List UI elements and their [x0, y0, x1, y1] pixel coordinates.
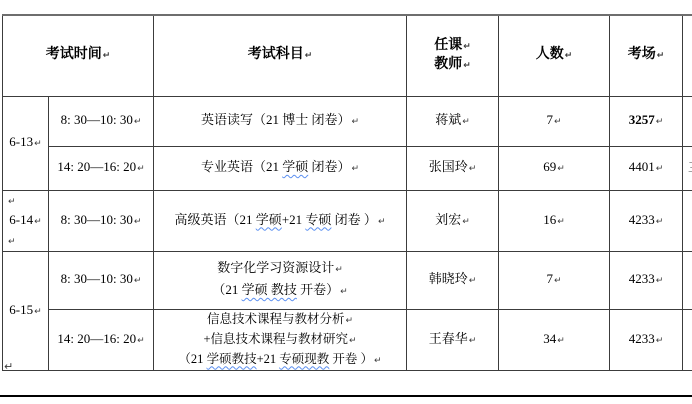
header-exam-time-label: 考试时间: [46, 47, 102, 62]
subject-text: 信息技术课程与教材分析: [207, 312, 345, 326]
pilcrow-mark: ↵: [374, 356, 382, 366]
subject-text: 闭卷 ）: [331, 212, 377, 227]
cell-count-r3[interactable]: 16↵: [499, 190, 610, 251]
pilcrow-mark: ↵: [305, 51, 313, 61]
pilcrow-mark: ↵: [557, 217, 565, 227]
document-page: 考试时间↵ 考试科目↵ 任课↵ 教师↵ 人数↵ 考场↵ 6-13↵ 8:: [0, 0, 692, 404]
cell-room-r1[interactable]: 3257↵: [610, 96, 683, 146]
pilcrow-mark: ↵: [469, 336, 477, 346]
cell-count-r4[interactable]: 7↵: [499, 251, 610, 309]
header-exam-time[interactable]: 考试时间↵: [3, 15, 154, 96]
cell-extra-r1[interactable]: [683, 96, 692, 146]
pilcrow-mark: ↵: [656, 164, 664, 174]
pilcrow-mark: ↵: [657, 51, 665, 61]
pilcrow-mark: ↵: [8, 197, 16, 207]
subject-text-wavy: 专硕现教: [279, 352, 329, 366]
pilcrow-mark: ↵: [469, 276, 477, 286]
room-value: 4233: [629, 271, 655, 286]
time-value: 14: 20—16: 20: [57, 331, 136, 346]
subject-text: 闭卷）: [308, 159, 350, 174]
pilcrow-mark: ↵: [463, 61, 471, 71]
pilcrow-mark: ↵: [34, 217, 42, 227]
cell-subject-r5[interactable]: 信息技术课程与教材分析↵ +信息技术课程与教材研究↵ （21 学硕教技+21 专…: [154, 309, 407, 370]
cell-subject-r2[interactable]: 专业英语（21 学硕 闭卷）↵: [154, 146, 407, 190]
count-value: 7: [546, 112, 553, 127]
pilcrow-mark: ↵: [335, 265, 343, 275]
table-row: 14: 20—16: 20↵ 信息技术课程与教材分析↵ +信息技术课程与教材研究…: [3, 309, 692, 370]
time-value: 8: 30—10: 30: [61, 212, 133, 227]
cell-date-6-13[interactable]: 6-13↵: [3, 96, 49, 190]
pilcrow-mark: ↵: [34, 307, 42, 317]
time-value: 8: 30—10: 30: [61, 271, 133, 286]
pilcrow-mark: ↵: [656, 276, 664, 286]
subject-text-wavy: 学硕 教技: [242, 282, 297, 297]
teacher-name: 刘宏: [435, 212, 461, 227]
header-exam-subject-label: 考试科目: [248, 47, 304, 62]
pilcrow-mark: ↵: [557, 164, 565, 174]
subject-text-wavy: 学硕教技: [207, 352, 257, 366]
cell-time-r3[interactable]: 8: 30—10: 30↵: [49, 190, 154, 251]
pilcrow-mark: ↵: [469, 164, 477, 174]
pilcrow-mark: ↵: [34, 139, 42, 149]
count-value: 34: [543, 331, 556, 346]
pilcrow-mark: ↵: [378, 217, 386, 227]
room-value: 4233: [629, 331, 655, 346]
cell-date-6-15[interactable]: 6-15↵: [3, 251, 49, 370]
subject-text: （21: [178, 352, 206, 366]
count-value: 7: [546, 271, 553, 286]
count-value: 16: [543, 212, 556, 227]
cell-teacher-r3[interactable]: 刘宏↵: [407, 190, 499, 251]
cell-extra-r3[interactable]: [683, 190, 692, 251]
time-value: 14: 20—16: 20: [57, 159, 136, 174]
pilcrow-mark: ↵: [463, 42, 471, 52]
pilcrow-mark: ↵: [137, 336, 145, 346]
pilcrow-mark: ↵: [565, 51, 573, 61]
subject-text: 开卷）: [297, 282, 339, 297]
pilcrow-mark: ↵: [340, 287, 348, 297]
exam-schedule-table: 考试时间↵ 考试科目↵ 任课↵ 教师↵ 人数↵ 考场↵ 6-13↵ 8:: [2, 14, 692, 371]
cell-time-r2[interactable]: 14: 20—16: 20↵: [49, 146, 154, 190]
subject-text-wavy: 专硕: [305, 212, 331, 227]
header-exam-subject[interactable]: 考试科目↵: [154, 15, 407, 96]
header-room[interactable]: 考场↵: [610, 15, 683, 96]
pilcrow-mark: ↵: [134, 276, 142, 286]
subject-text: 数字化学习资源设计: [217, 260, 334, 275]
pilcrow-mark: ↵: [656, 336, 664, 346]
pilcrow-mark: ↵: [103, 51, 111, 61]
teacher-name: 韩晓玲: [429, 271, 468, 286]
pilcrow-mark: ↵: [137, 164, 145, 174]
teacher-name: 张国玲: [429, 159, 468, 174]
cell-room-r4[interactable]: 4233↵: [610, 251, 683, 309]
pilcrow-mark: ↵: [349, 336, 357, 346]
page-bottom-rule: [0, 395, 692, 397]
cell-room-r2[interactable]: 4401↵: [610, 146, 683, 190]
cell-count-r5[interactable]: 34↵: [499, 309, 610, 370]
date-value: 6-15: [9, 302, 33, 317]
subject-text: 英语读写（21 博士 闭卷）: [201, 112, 351, 127]
pilcrow-mark: ↵: [134, 217, 142, 227]
header-room-label: 考场: [628, 47, 656, 62]
header-teacher-line1: 任课: [434, 38, 462, 53]
cell-subject-r3[interactable]: 高级英语（21 学硕+21 专硕 闭卷 ）↵: [154, 190, 407, 251]
table-row: 6-15↵ 8: 30—10: 30↵ 数字化学习资源设计↵ （21 学硕 教技…: [3, 251, 692, 309]
table-row: ↵ 6-14↵ ↵ 8: 30—10: 30↵ 高级英语（21 学硕+21 专硕…: [3, 190, 692, 251]
cell-subject-r4[interactable]: 数字化学习资源设计↵ （21 学硕 教技 开卷）↵: [154, 251, 407, 309]
pilcrow-mark: ↵: [352, 117, 360, 127]
cell-extra-r4[interactable]: [683, 251, 692, 309]
cell-extra-r5[interactable]: [683, 309, 692, 370]
date-value: 6-13: [9, 134, 33, 149]
cell-teacher-r1[interactable]: 蒋斌↵: [407, 96, 499, 146]
subject-text: 高级英语（21: [175, 212, 256, 227]
pilcrow-mark: ↵: [656, 217, 664, 227]
clipped-text-fragment: 三: [688, 160, 692, 175]
subject-text: +信息技术课程与教材研究: [203, 332, 348, 346]
table-row: 14: 20—16: 20↵ 专业英语（21 学硕 闭卷）↵ 张国玲↵ 69↵ …: [3, 146, 692, 190]
room-value: 4233: [629, 212, 655, 227]
cell-subject-r1[interactable]: 英语读写（21 博士 闭卷）↵: [154, 96, 407, 146]
time-value: 8: 30—10: 30: [61, 112, 133, 127]
subject-text: 专业英语（21: [201, 159, 282, 174]
cell-time-r1[interactable]: 8: 30—10: 30↵: [49, 96, 154, 146]
pilcrow-mark: ↵: [8, 237, 16, 247]
cell-count-r1[interactable]: 7↵: [499, 96, 610, 146]
cell-time-r5[interactable]: 14: 20—16: 20↵: [49, 309, 154, 370]
cell-teacher-r2[interactable]: 张国玲↵: [407, 146, 499, 190]
subject-text: 开卷 ）: [329, 352, 373, 366]
pilcrow-mark: ↵: [462, 117, 470, 127]
cell-date-6-14[interactable]: ↵ 6-14↵ ↵: [3, 190, 49, 251]
header-teacher[interactable]: 任课↵ 教师↵: [407, 15, 499, 96]
pilcrow-mark: ↵: [557, 336, 565, 346]
pilcrow-mark: ↵: [656, 117, 664, 127]
cell-time-r4[interactable]: 8: 30—10: 30↵: [49, 251, 154, 309]
header-count[interactable]: 人数↵: [499, 15, 610, 96]
subject-text: +21: [257, 352, 280, 366]
pilcrow-mark: ↵: [352, 164, 360, 174]
room-value: 3257: [629, 112, 655, 127]
subject-text-wavy: 学硕: [282, 159, 308, 174]
header-teacher-line2: 教师: [434, 57, 462, 72]
table-row: 6-13↵ 8: 30—10: 30↵ 英语读写（21 博士 闭卷）↵ 蒋斌↵ …: [3, 96, 692, 146]
header-count-label: 人数: [536, 47, 564, 62]
teacher-name: 蒋斌: [435, 112, 461, 127]
pilcrow-mark: ↵: [346, 316, 354, 326]
subject-text: +21: [282, 212, 306, 227]
subject-text: （21: [212, 282, 241, 297]
pilcrow-mark: ↵: [554, 276, 562, 286]
header-extra-column[interactable]: [683, 15, 692, 96]
paragraph-mark: ↵: [4, 360, 13, 373]
cell-room-r5[interactable]: 4233↵: [610, 309, 683, 370]
header-row: 考试时间↵ 考试科目↵ 任课↵ 教师↵ 人数↵ 考场↵: [3, 15, 692, 96]
cell-teacher-r5[interactable]: 王春华↵: [407, 309, 499, 370]
cell-count-r2[interactable]: 69↵: [499, 146, 610, 190]
date-value: 6-14: [9, 212, 33, 227]
count-value: 69: [543, 159, 556, 174]
pilcrow-mark: ↵: [554, 117, 562, 127]
pilcrow-mark: ↵: [462, 217, 470, 227]
room-value: 4401: [629, 159, 655, 174]
cell-teacher-r4[interactable]: 韩晓玲↵: [407, 251, 499, 309]
subject-text-wavy: 学硕: [256, 212, 282, 227]
cell-extra-r2[interactable]: 三: [683, 146, 692, 190]
cell-room-r3[interactable]: 4233↵: [610, 190, 683, 251]
pilcrow-mark: ↵: [134, 117, 142, 127]
teacher-name: 王春华: [429, 331, 468, 346]
